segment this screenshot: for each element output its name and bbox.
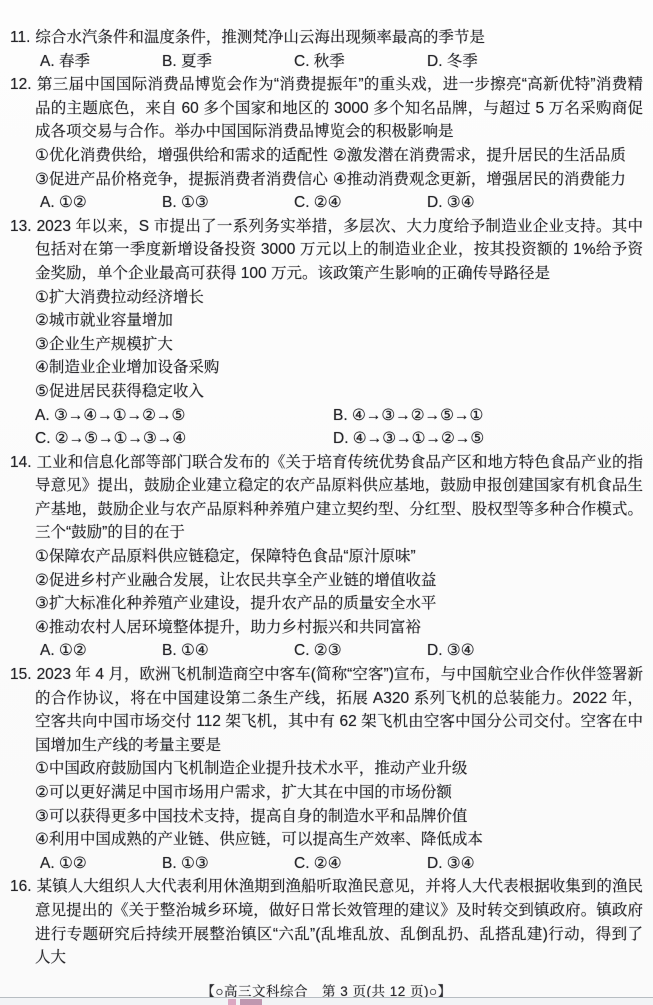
statement-2: ②激发潜在消费需求，提升居民的生活品质 [333, 144, 643, 168]
statement-1: ①保障农产品原料供应链稳定，保障特色食品“原汁原味” [10, 545, 643, 569]
question-stem: 13.2023 年以来，S 市提出了一系列务实举措，多层次、大力度给予制造业企业… [10, 215, 643, 286]
statement-2: ②可以更好满足中国市场用户需求，扩大其在中国的市场份额 [10, 781, 643, 805]
question-number: 13. [10, 218, 37, 235]
question-text: 某镇人大组织人大代表利用休渔期到渔船听取渔民意见，并将人大代表根据收集到的渔民意… [35, 878, 643, 966]
option-a: A. ①② [40, 639, 162, 663]
statement-4: ④推动农村人居环境整体提升，助力乡村振兴和共同富裕 [10, 616, 643, 640]
option-d: D. ③④ [427, 639, 643, 663]
statement-3: ③企业生产规模扩大 [10, 333, 643, 357]
option-b: B. ①③ [162, 191, 294, 215]
question-number: 11. [10, 29, 35, 46]
options-row: A. ③→④→①→②→⑤ B. ④→③→②→⑤→① C. ②→⑤→①→③→④ D… [10, 404, 643, 451]
statement-1: ①中国政府鼓励国内飞机制造企业提升技术水平，推动产业升级 [10, 757, 643, 781]
statements: ①保障农产品原料供应链稳定，保障特色食品“原汁原味” ②促进乡村产业融合发展，让… [10, 545, 643, 639]
question-15: 15.2023 年 4 月，欧洲飞机制造商空中客车(简称“空客”)宣布，与中国航… [10, 663, 643, 875]
question-number: 16. [10, 878, 37, 895]
option-a: A. 春季 [40, 50, 162, 74]
option-a: A. ①② [40, 191, 162, 215]
question-number: 14. [10, 454, 37, 471]
question-text: 综合水汽条件和温度条件，推测梵净山云海出现频率最高的季节是 [35, 29, 485, 46]
statement-1: ①扩大消费拉动经济增长 [10, 286, 643, 310]
question-stem: 12.第三届中国国际消费品博览会作为“消费提振年”的重头戏，进一步擦亮“高新优特… [10, 73, 643, 144]
question-12: 12.第三届中国国际消费品博览会作为“消费提振年”的重头戏，进一步擦亮“高新优特… [10, 73, 643, 215]
options-row: A. ①② B. ①④ C. ②③ D. ③④ [10, 639, 643, 663]
option-d: D. ③④ [427, 852, 643, 876]
statement-4: ④推动消费观念更新，增强居民的消费能力 [333, 168, 643, 192]
option-c: C. ②→⑤→①→③→④ [35, 427, 333, 451]
options-row: A. 春季 B. 夏季 C. 秋季 D. 冬季 [10, 50, 643, 74]
question-text: 2023 年以来，S 市提出了一系列务实举措，多层次、大力度给予制造业企业支持。… [35, 218, 643, 282]
scan-edge-strip [0, 997, 653, 1005]
option-d: D. 冬季 [427, 50, 643, 74]
statements: ①扩大消费拉动经济增长 ②城市就业容量增加 ③企业生产规模扩大 ④制造业企业增加… [10, 286, 643, 404]
statement-1: ①优化消费供给，增强供给和需求的适配性 [35, 144, 333, 168]
question-text: 2023 年 4 月，欧洲飞机制造商空中客车(简称“空客”)宣布，与中国航空业合… [35, 666, 643, 754]
option-b: B. 夏季 [162, 50, 294, 74]
scan-artifact [228, 999, 262, 1005]
options-row: A. ①② B. ①③ C. ②④ D. ③④ [10, 191, 643, 215]
question-14: 14.工业和信息化部等部门联合发布的《关于培育传统优势食品产区和地方特色食品产业… [10, 451, 643, 663]
statement-2: ②促进乡村产业融合发展，让农民共享全产业链的增值收益 [10, 569, 643, 593]
statement-4: ④制造业企业增加设备采购 [10, 356, 643, 380]
option-c: C. ②④ [294, 191, 427, 215]
statement-2: ②城市就业容量增加 [10, 309, 643, 333]
question-stem: 15.2023 年 4 月，欧洲飞机制造商空中客车(简称“空客”)宣布，与中国航… [10, 663, 643, 757]
question-text: 第三届中国国际消费品博览会作为“消费提振年”的重头戏，进一步擦亮“高新优特”消费… [35, 76, 643, 140]
option-c: C. 秋季 [294, 50, 427, 74]
options-row: A. ①② B. ①③ C. ②④ D. ③④ [10, 852, 643, 876]
statement-4: ④利用中国成熟的产业链、供应链，可以提高生产效率、降低成本 [10, 828, 643, 852]
option-d: D. ④→③→①→②→⑤ [333, 427, 643, 451]
statement-3: ③可以获得更多中国技术支持，提高自身的制造水平和品牌价值 [10, 805, 643, 829]
option-a: A. ③→④→①→②→⑤ [35, 404, 333, 428]
question-stem: 11.综合水汽条件和温度条件，推测梵净山云海出现频率最高的季节是 [10, 26, 643, 50]
statements: ①中国政府鼓励国内飞机制造企业提升技术水平，推动产业升级 ②可以更好满足中国市场… [10, 757, 643, 851]
option-d: D. ③④ [427, 191, 643, 215]
question-text: 工业和信息化部等部门联合发布的《关于培育传统优势食品产区和地方特色食品产业的指导… [35, 454, 643, 542]
option-a: A. ①② [40, 852, 162, 876]
question-16: 16.某镇人大组织人大代表利用休渔期到渔船听取渔民意见，并将人大代表根据收集到的… [10, 875, 643, 969]
question-number: 15. [10, 666, 37, 683]
option-c: C. ②④ [294, 852, 427, 876]
question-stem: 16.某镇人大组织人大代表利用休渔期到渔船听取渔民意见，并将人大代表根据收集到的… [10, 875, 643, 969]
option-b: B. ④→③→②→⑤→① [333, 404, 643, 428]
question-11: 11.综合水汽条件和温度条件，推测梵净山云海出现频率最高的季节是 A. 春季 B… [10, 26, 643, 73]
option-b: B. ①④ [162, 639, 294, 663]
question-13: 13.2023 年以来，S 市提出了一系列务实举措，多层次、大力度给予制造业企业… [10, 215, 643, 451]
exam-content: 11.综合水汽条件和温度条件，推测梵净山云海出现频率最高的季节是 A. 春季 B… [10, 26, 643, 1003]
statement-3: ③促进产品价格竞争，提振消费者消费信心 [35, 168, 333, 192]
exam-page: 11.综合水汽条件和温度条件，推测梵净山云海出现频率最高的季节是 A. 春季 B… [0, 0, 653, 1005]
option-c: C. ②③ [294, 639, 427, 663]
statement-5: ⑤促进居民获得稳定收入 [10, 380, 643, 404]
question-stem: 14.工业和信息化部等部门联合发布的《关于培育传统优势食品产区和地方特色食品产业… [10, 451, 643, 545]
statement-3: ③扩大标准化种养殖产业建设，提升农产品的质量安全水平 [10, 592, 643, 616]
question-number: 12. [10, 76, 37, 93]
statements: ①优化消费供给，增强供给和需求的适配性 ②激发潜在消费需求，提升居民的生活品质 … [10, 144, 643, 191]
option-b: B. ①③ [162, 852, 294, 876]
